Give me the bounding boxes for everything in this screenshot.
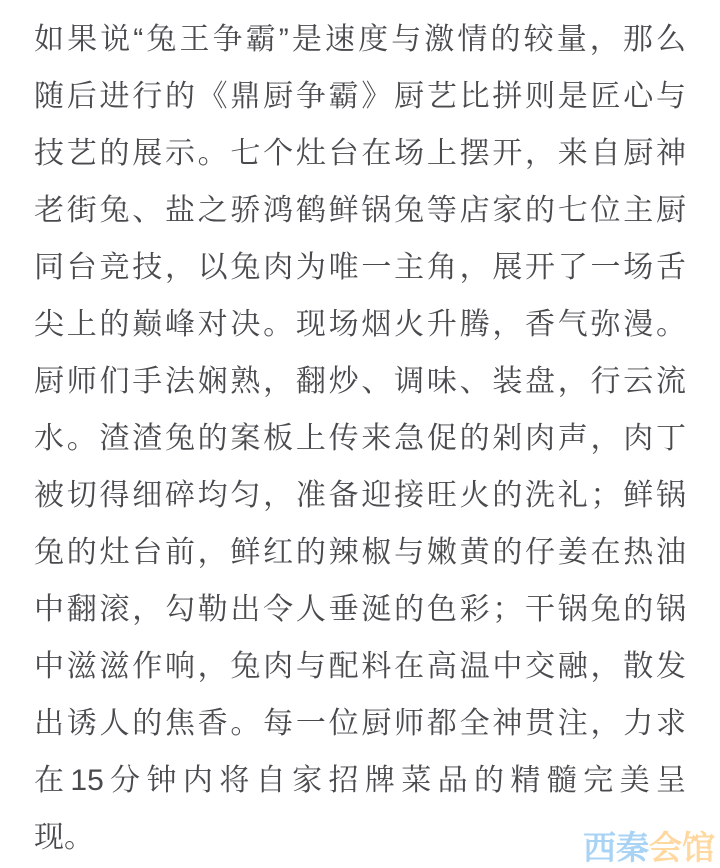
- text-line: 技艺的展示。七个灶台在场上摆开，来自厨神: [34, 125, 686, 182]
- text-line: 水。渣渣兔的案板上传来急促的剁肉声，肉丁: [34, 410, 686, 467]
- article-text: 如果说“兔王争霸”是速度与激情的较量，那么随后进行的《鼎厨争霸》厨艺比拼则是匠心…: [34, 11, 686, 866]
- text-line: 兔的灶台前，鲜红的辣椒与嫩黄的仔姜在热油: [34, 524, 686, 581]
- text-line: 老街兔、盐之骄鸿鹤鲜锅兔等店家的七位主厨: [34, 182, 686, 239]
- text-line: 尖上的巅峰对决。现场烟火升腾，香气弥漫。: [34, 296, 686, 353]
- watermark-part-1: 西秦: [583, 829, 649, 866]
- article-page: 如果说“兔王争霸”是速度与激情的较量，那么随后进行的《鼎厨争霸》厨艺比拼则是匠心…: [0, 0, 720, 868]
- watermark: 西秦会馆: [583, 831, 715, 864]
- text-line: 出诱人的焦香。每一位厨师都全神贯注，力求: [34, 695, 686, 752]
- text-line: 随后进行的《鼎厨争霸》厨艺比拼则是匠心与: [34, 68, 686, 125]
- text-line: 同台竞技，以兔肉为唯一主角，展开了一场舌: [34, 239, 686, 296]
- text-line: 被切得细碎均匀，准备迎接旺火的洗礼；鲜锅: [34, 467, 686, 524]
- text-line: 如果说“兔王争霸”是速度与激情的较量，那么: [34, 11, 686, 68]
- text-line: 厨师们手法娴熟，翻炒、调味、装盘，行云流: [34, 353, 686, 410]
- watermark-part-2: 会馆: [649, 829, 715, 866]
- text-line: 中翻滚，勾勒出令人垂涎的色彩；干锅兔的锅: [34, 581, 686, 638]
- text-line: 在15分钟内将自家招牌菜品的精髓完美呈: [34, 752, 686, 809]
- text-line: 中滋滋作响，兔肉与配料在高温中交融，散发: [34, 638, 686, 695]
